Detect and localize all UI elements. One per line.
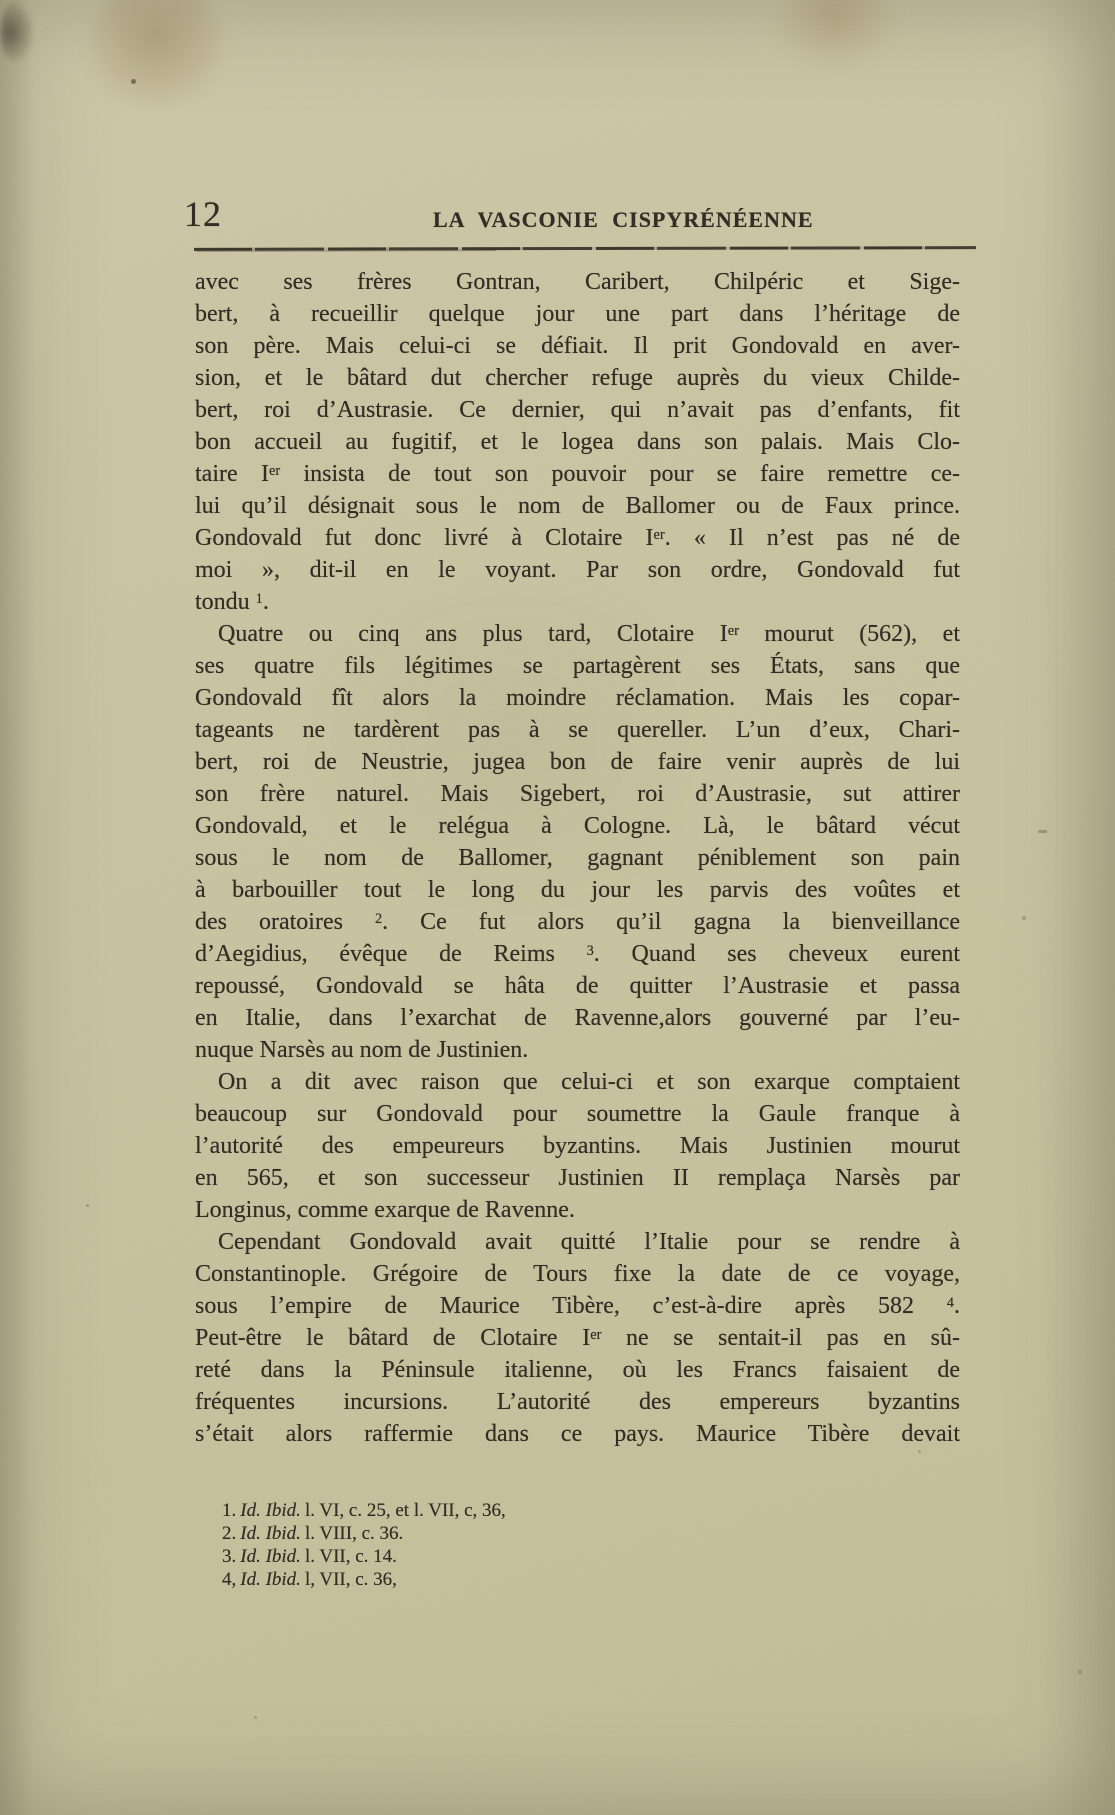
text-line: tondu 1. [195,586,960,618]
text-line: On a dit avec raison que celui-ci et son… [195,1066,960,1098]
footnote-reference: l, VII, c. 36, [305,1569,397,1590]
footnote-reference: l. VI, c. 25, et l. VII, c, 36, [305,1500,506,1521]
header-rule [194,246,976,250]
text-line: bert, à recueillir quelque jour une part… [195,298,960,330]
text-line: reté dans la Péninsule italienne, où les… [195,1354,960,1386]
text-line: en Italie, dans l’exarchat de Ravenne,al… [195,1002,960,1034]
paper-stain [770,0,900,73]
footnote: 2.Id. Ibid.l. VIII, c. 36. [222,1522,922,1545]
text-line: d’Aegidius, évêque de Reims 3. Quand ses… [195,938,960,970]
footnote-source: Id. Ibid. [240,1546,301,1567]
text-line: nuque Narsès au nom de Justinien. [195,1034,960,1066]
text-line: l’autorité des empeureurs byzantins. Mai… [195,1130,960,1162]
text-line: Peut-être le bâtard de Clotaire Ier ne s… [195,1322,960,1354]
footnote-number: 3. [222,1546,236,1567]
paper-speck [918,1450,921,1453]
text-line: en 565, et son successeur Justinien II r… [195,1162,960,1194]
paper-speck [1038,830,1047,833]
text-line: Constantinople. Grégoire de Tours fixe l… [195,1258,960,1290]
footnote-number: 4, [222,1569,236,1590]
text-line: ses quatre fils légitimes se partagèrent… [195,650,960,682]
footnote: 3.Id. Ibid.l. VII, c. 14. [222,1545,922,1568]
text-line: sion, et le bâtard dut chercher refuge a… [195,362,960,394]
text-line: Quatre ou cinq ans plus tard, Clotaire I… [195,618,960,650]
text-line: fréquentes incursions. L’autorité des em… [195,1386,960,1418]
scanned-book-page: 12 LA VASCONIE CISPYRÉNÉENNE avec ses fr… [0,0,1115,1815]
text-line: Cependant Gondovald avait quitté l’Itali… [195,1226,960,1258]
text-line: beaucoup sur Gondovald pour soumettre la… [195,1098,960,1130]
text-line: Gondovald fut donc livré à Clotaire Ier.… [195,522,960,554]
text-line: s’était alors raffermie dans ce pays. Ma… [195,1418,960,1450]
paper-stain [86,0,226,107]
footnote-number: 2. [222,1523,236,1544]
text-line: bert, roi de Neustrie, jugea bon de fair… [195,746,960,778]
text-line: bon accueil au fugitif, et le logea dans… [195,426,960,458]
text-line: à barbouiller tout le long du jour les p… [195,874,960,906]
paper-speck [254,1716,257,1719]
footnote-reference: l. VIII, c. 36. [305,1523,403,1544]
text-block: avec ses frères Gontran, Caribert, Chilp… [195,266,960,1450]
text-line: sous le nom de Ballomer, gagnant pénible… [195,842,960,874]
text-line: des oratoires 2. Ce fut alors qu’il gagn… [195,906,960,938]
text-line: son frère naturel. Mais Sigebert, roi d’… [195,778,960,810]
running-header-title: LA VASCONIE CISPYRÉNÉENNE [433,209,814,231]
text-line: son père. Mais celui-ci se défiait. Il p… [195,330,960,362]
text-line: sous l’empire de Maurice Tibère, c’est-à… [195,1290,960,1322]
ink-smudge [0,0,34,64]
text-line: tageants ne tardèrent pas à se quereller… [195,714,960,746]
footnote: 1.Id. Ibid.l. VI, c. 25, et l. VII, c, 3… [222,1499,922,1522]
paper-speck [1022,916,1026,920]
text-line: Gondovald fît alors la moindre réclamati… [195,682,960,714]
footnote-source: Id. Ibid. [240,1500,301,1521]
text-line: avec ses frères Gontran, Caribert, Chilp… [195,266,960,298]
text-line: Longinus, comme exarque de Ravenne. [195,1194,960,1226]
page-number: 12 [184,196,222,232]
paper-speck [86,1204,89,1207]
text-line: moi », dit-il en le voyant. Par son ordr… [195,554,960,586]
text-line: Gondovald, et le relégua à Cologne. Là, … [195,810,960,842]
text-line: lui qu’il désignait sous le nom de Ballo… [195,490,960,522]
paper-speck [1078,1670,1082,1674]
footnote-source: Id. Ibid. [240,1523,301,1544]
footnote-source: Id. Ibid. [240,1569,301,1590]
text-line: repoussé, Gondovald se hâta de quitter l… [195,970,960,1002]
footnotes: 1.Id. Ibid.l. VI, c. 25, et l. VII, c, 3… [222,1499,922,1591]
text-line: bert, roi d’Austrasie. Ce dernier, qui n… [195,394,960,426]
paper-speck [131,79,136,84]
footnote-reference: l. VII, c. 14. [305,1546,397,1567]
footnote: 4,Id. Ibid.l, VII, c. 36, [222,1568,922,1591]
footnote-number: 1. [222,1500,236,1521]
text-line: taire Ier insista de tout son pouvoir po… [195,458,960,490]
